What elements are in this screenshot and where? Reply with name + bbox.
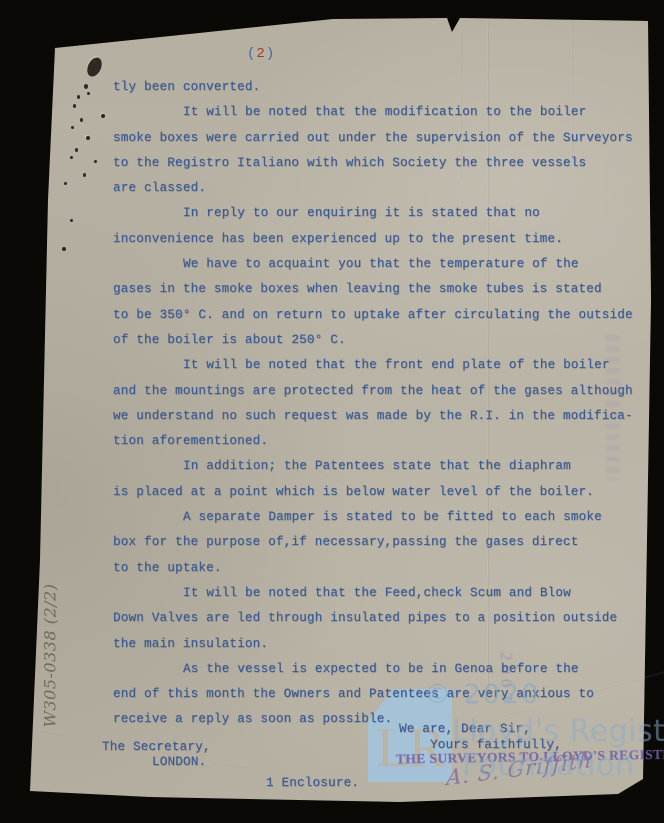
letter-line: smoke boxes were carried out under the s…: [113, 126, 658, 151]
letter-body: tly been converted.It will be noted that…: [113, 75, 658, 733]
letter-line: and the mountings are protected from the…: [113, 379, 658, 404]
letter-line: As the vessel is expected to be in Genoa…: [113, 657, 658, 682]
page-number-digit: 2: [256, 46, 265, 62]
letter-line: are classed.: [113, 176, 658, 201]
letter-line: It will be noted that the front end plat…: [113, 353, 658, 378]
page-number-paren: (: [247, 46, 256, 62]
letter-line: It will be noted that the Feed,check Scu…: [113, 581, 658, 606]
letter-line: A separate Damper is stated to be fitted…: [113, 505, 658, 530]
letter-line: In addition; the Patentees state that th…: [113, 454, 658, 479]
letter-line: to the uptake.: [113, 556, 658, 581]
letter-line: Down Valves are led through insulated pi…: [113, 606, 658, 631]
letter-line: of the boiler is about 250° C.: [113, 328, 658, 353]
letter-line: tion aforementioned.: [113, 429, 658, 454]
page-number: (2): [247, 46, 275, 62]
letter-line: gases in the smoke boxes when leaving th…: [113, 277, 658, 302]
letter-line: We have to acquaint you that the tempera…: [113, 252, 658, 277]
letter-line: we understand no such request was made b…: [113, 404, 658, 429]
letter-line: inconvenience has been experienced up to…: [113, 227, 658, 252]
margin-reference-note: W305-0338 (2/2): [41, 550, 60, 762]
copyright-watermark: © 2020: [424, 679, 540, 710]
letter-line: to be 350° C. and on return to uptake af…: [113, 303, 658, 328]
letter-line: In reply to our enquiring it is stated t…: [113, 201, 658, 226]
scanned-letter-page: (2) tly been converted.It will be noted …: [0, 0, 664, 823]
letter-line: to the Registro Italiano with which Soci…: [113, 151, 658, 176]
enclosure-note: 1 Enclosure.: [266, 776, 359, 790]
letter-line: end of this month the Owners and Patente…: [113, 682, 658, 707]
addressee-secretary: The Secretary,: [102, 740, 211, 754]
letter-line: It will be noted that the modification t…: [113, 100, 658, 125]
page-number-paren: ): [266, 46, 275, 62]
watermark-foundation: Foundation: [462, 748, 634, 783]
letter-line: the main insulation.: [113, 632, 658, 657]
letter-line: box for the purpose of,if necessary,pass…: [113, 530, 658, 555]
addressee-london: LONDON.: [152, 755, 206, 769]
letter-line: tly been converted.: [113, 75, 658, 100]
watermark-lloyds-register: Lloyd's Register: [452, 714, 664, 749]
letter-line: is placed at a point which is below wate…: [113, 480, 658, 505]
